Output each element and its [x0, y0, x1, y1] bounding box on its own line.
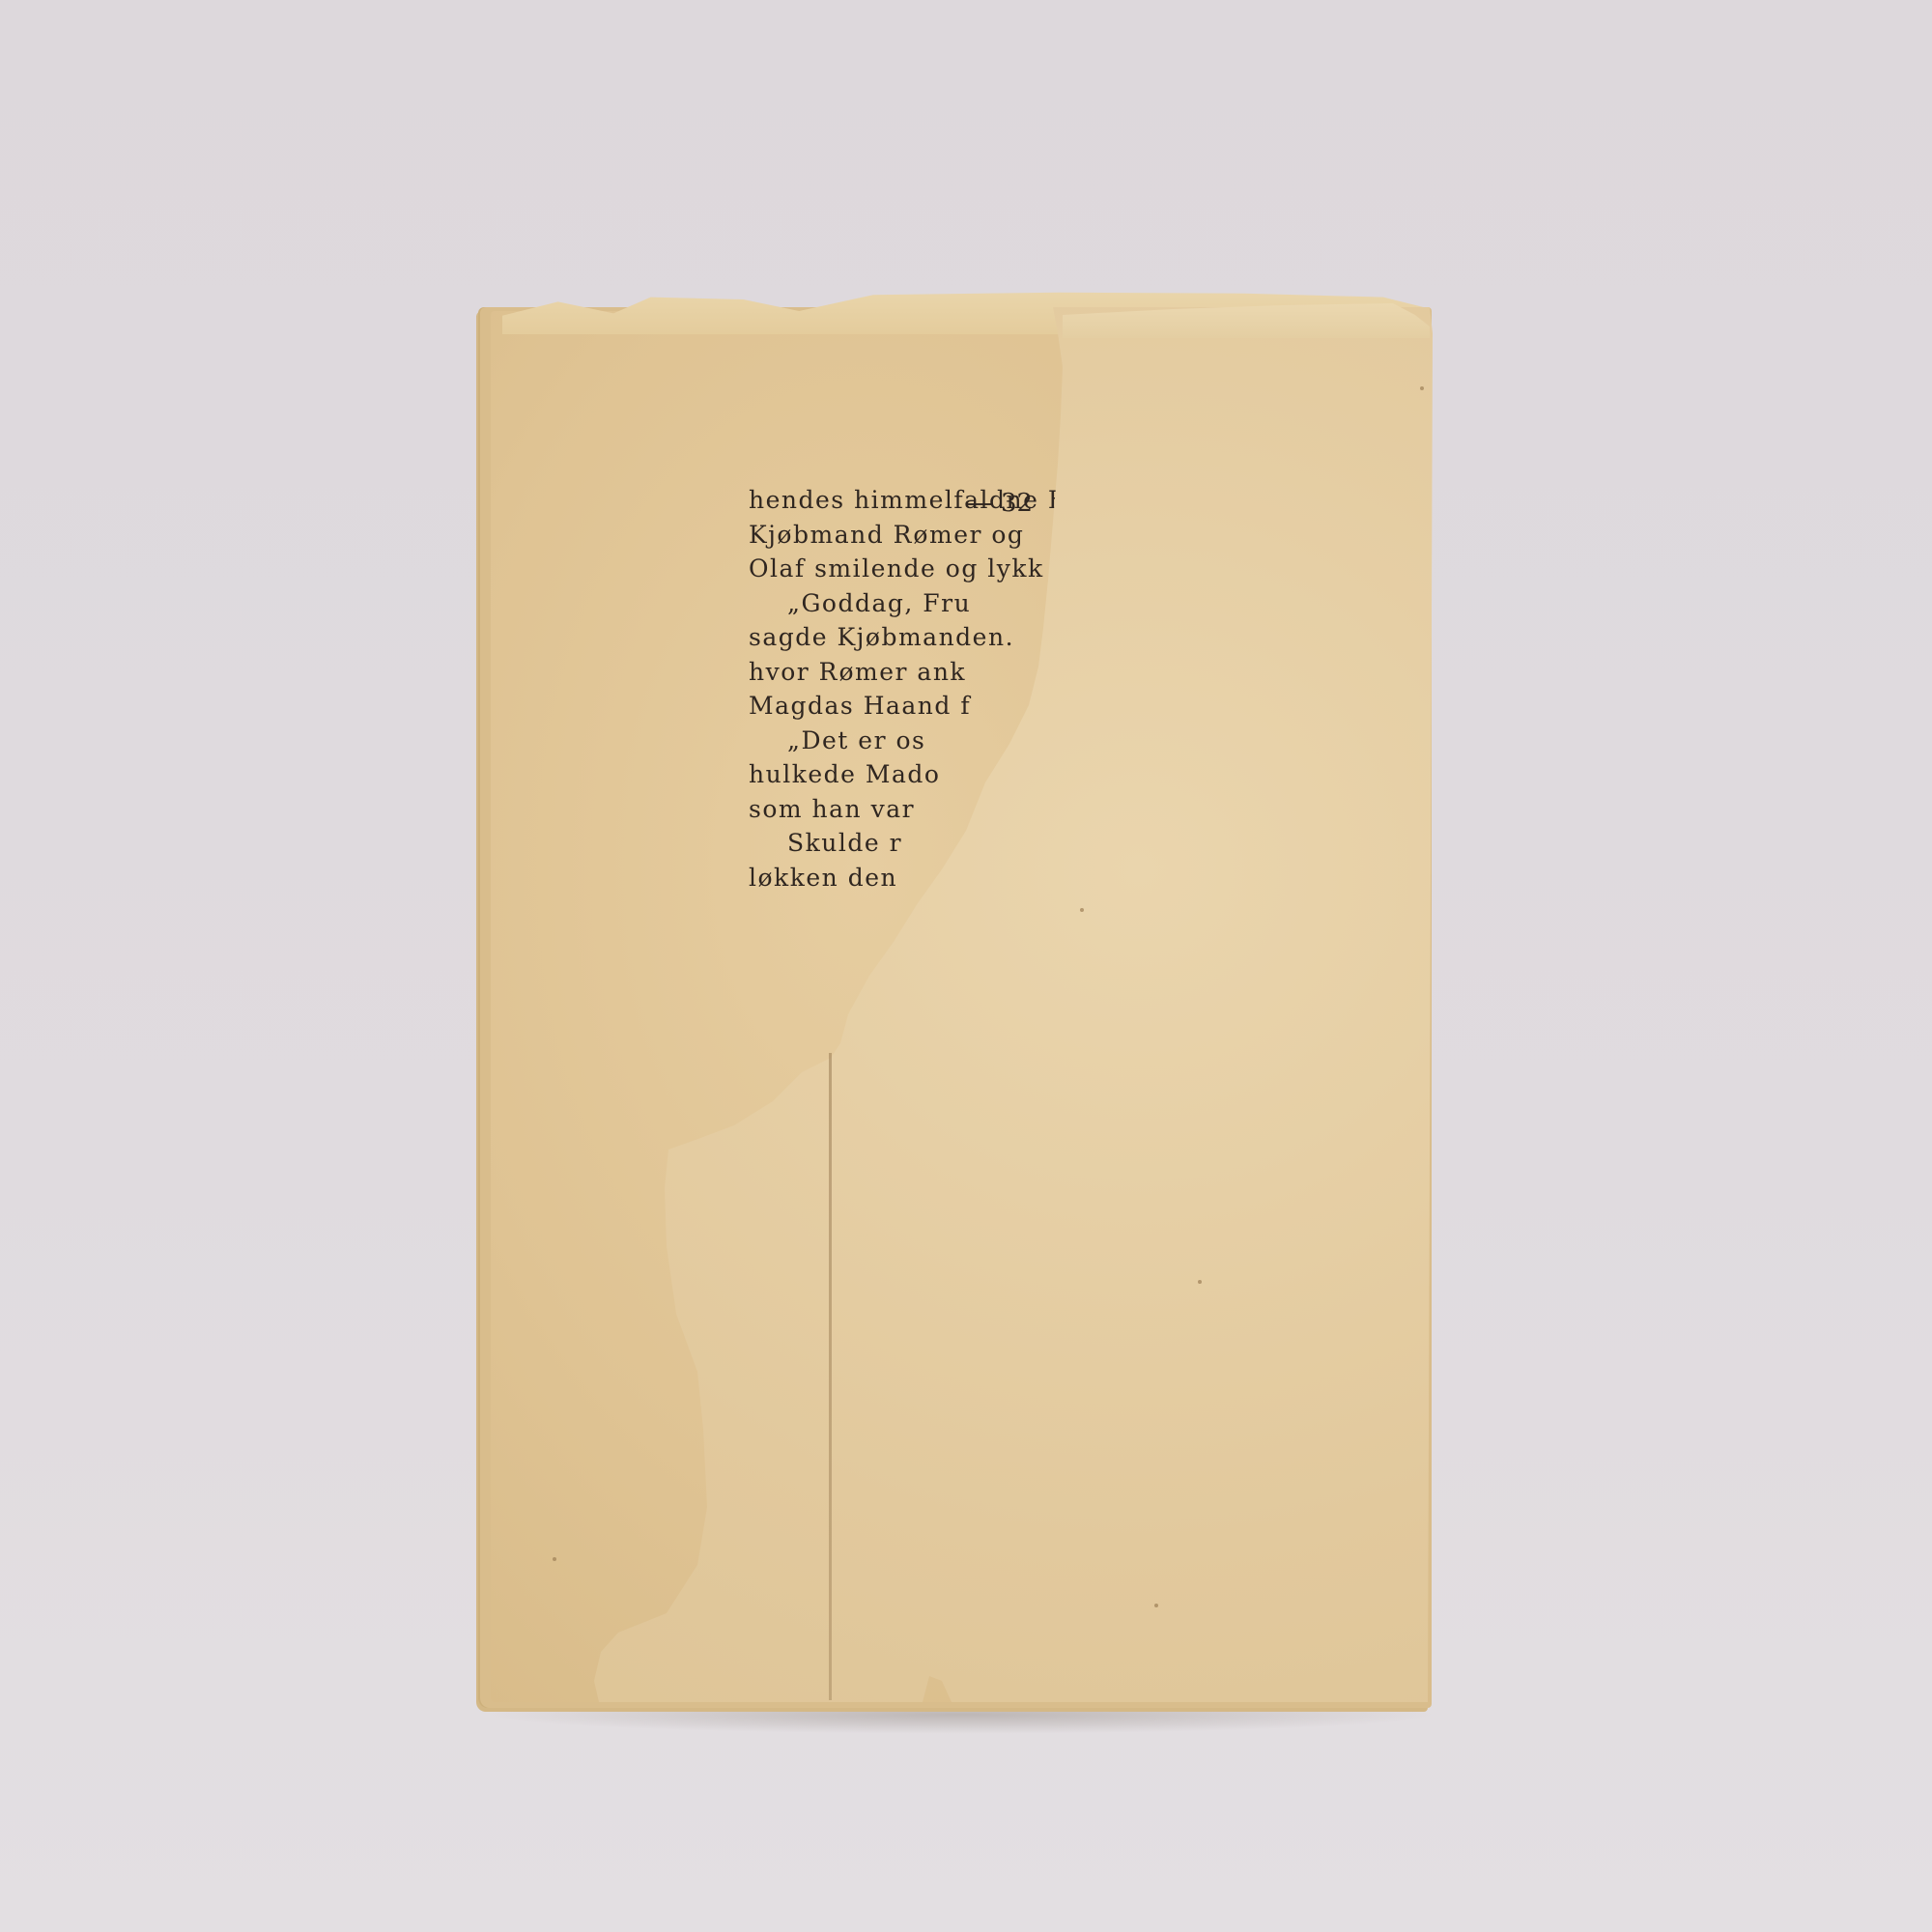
paper-speck [1154, 1604, 1158, 1607]
paper-speck [553, 1557, 556, 1561]
paper-speck [1198, 1280, 1202, 1284]
text-line: „Goddag, Fru [749, 586, 1096, 621]
text-line: hendes himmelfaldne F [749, 483, 1096, 518]
booklet: 32 hendes himmelfaldne F Kjøbmand Rømer … [0, 0, 1932, 1932]
torn-cover [0, 0, 1932, 1932]
paper-speck [1420, 386, 1424, 390]
text-line: Kjøbmand Rømer og [749, 518, 1096, 553]
cover-crease [829, 1053, 832, 1700]
text-line: Olaf smilende og lykk [749, 552, 1096, 586]
paper-speck [1080, 908, 1084, 912]
